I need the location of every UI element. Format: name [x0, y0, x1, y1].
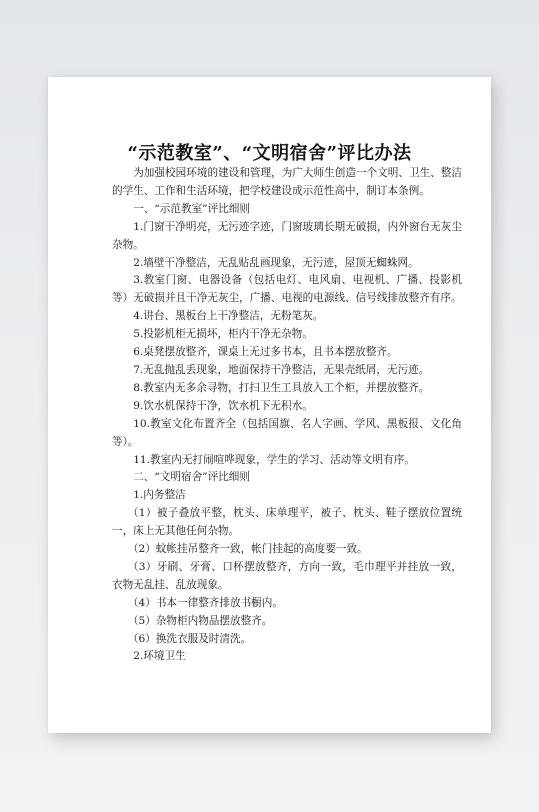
- rule-subitem: （3）牙刷、牙膏、口杯摆放整齐，方向一致，毛巾理平并挂放一致，衣物无乱挂、乱放现…: [112, 559, 462, 595]
- rule-subitem: （5）杂物柜内物品摆放整齐。: [112, 613, 462, 631]
- rule-subitem: （6）换洗衣服及时清洗。: [112, 631, 462, 649]
- section-heading-classroom: 一、“示范教室”评比细则: [112, 201, 462, 219]
- subsection-heading: 1.内务整洁: [112, 487, 462, 505]
- rule-item: 8.教室内无多余寻物，打扫卫生工具放入工个柜，并摆放整齐。: [112, 380, 462, 398]
- section-heading-dormitory: 二、“文明宿舍”评比细则: [112, 469, 462, 487]
- document-body: 为加强校园环境的建设和管理，为广大师生创造一个文明、卫生、整洁的学生、工作和生活…: [112, 165, 462, 666]
- rule-subitem: （4）书本一律整齐排放书橱内。: [112, 595, 462, 613]
- subsection-heading: 2.环境卫生: [112, 648, 462, 666]
- document-page: “示范教室”、“文明宿舍”评比办法 为加强校园环境的建设和管理，为广大师生创造一…: [48, 77, 491, 733]
- rule-subitem: （2）蚊帐挂吊整齐一致，帐门挂起的高度要一致。: [112, 541, 462, 559]
- rule-item: 7.无乱抛乱丢现象，地面保持干净整洁，无果壳纸屑，无污迹。: [112, 362, 462, 380]
- intro-paragraph: 为加强校园环境的建设和管理，为广大师生创造一个文明、卫生、整洁的学生、工作和生活…: [112, 165, 462, 201]
- rule-item: 5.投影机柜无损坏，柜内干净无杂物。: [112, 326, 462, 344]
- rule-item: 10.教室文化布置齐全（包括国旗、名人字画、学风、黑板报、文化角等）。: [112, 416, 462, 452]
- rule-subitem: （1）被子叠放平整，枕头、床单理平，被子、枕头、鞋子摆放位置统一，床上无其他任何…: [112, 505, 462, 541]
- rule-item: 1.门窗干净明亮，无污迹字迹，门窗玻璃长期无破损，内外窗台无灰尘杂物。: [112, 219, 462, 255]
- rule-item: 3.教室门窗、电器设备（包括电灯、电风扇、电视机、广播、投影机等）无破损并且干净…: [112, 272, 462, 308]
- rule-item: 4.讲台、黑板台上干净整洁，无粉笔灰。: [112, 308, 462, 326]
- rule-item: 2.墙壁干净整洁，无乱贴乱画现象，无污迹，屋顶无蜘蛛网。: [112, 255, 462, 273]
- rule-item: 6.桌凳摆放整齐，课桌上无过多书本，且书本摆放整齐。: [112, 344, 462, 362]
- document-title: “示范教室”、“文明宿舍”评比办法: [48, 143, 491, 165]
- rule-item: 11.教室内无打闹喧哗现象，学生的学习、活动等文明有序。: [112, 452, 462, 470]
- rule-item: 9.饮水机保持干净，饮水机下无积水。: [112, 398, 462, 416]
